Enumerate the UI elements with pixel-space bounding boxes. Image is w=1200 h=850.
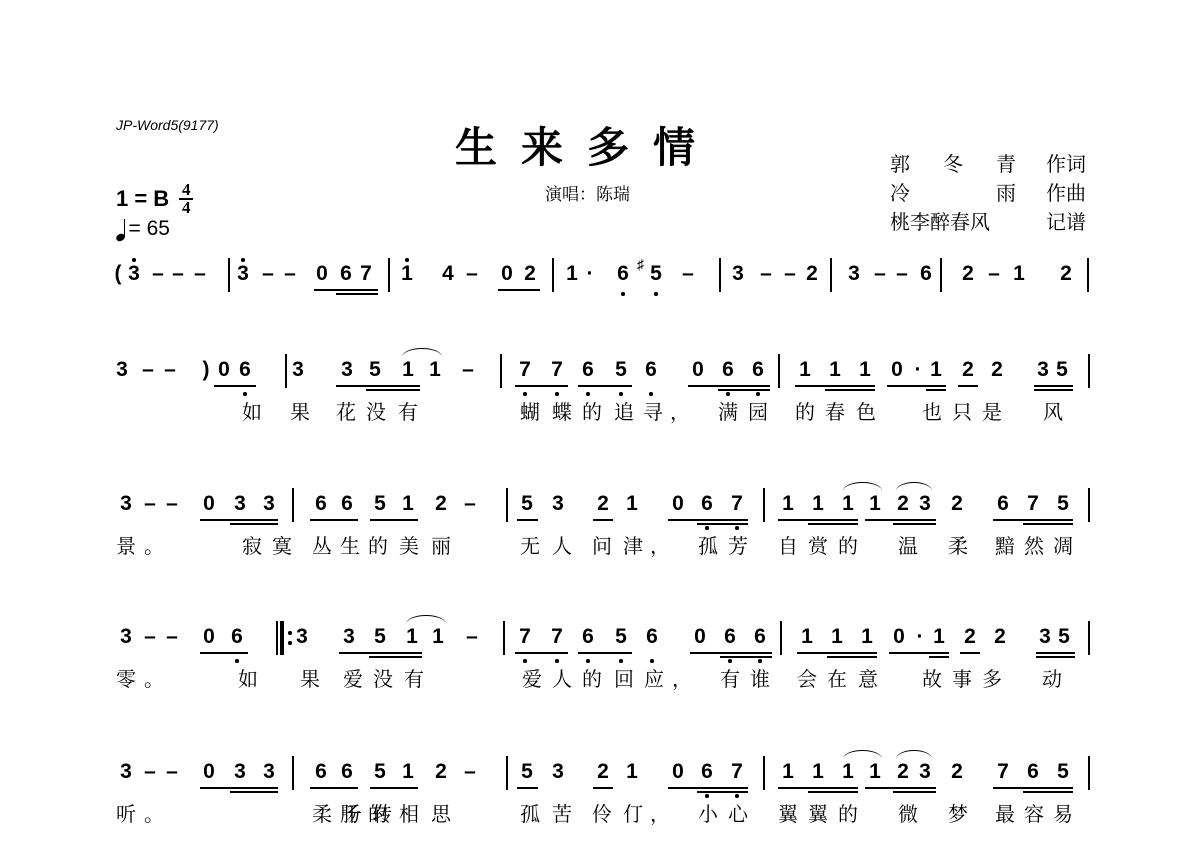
note: 3	[919, 760, 931, 784]
note: 1	[782, 492, 794, 516]
lyric: 寞	[272, 534, 292, 558]
note: 2	[951, 492, 963, 516]
lyric: 思	[431, 802, 451, 826]
note: 1	[831, 625, 843, 649]
note: 3	[128, 262, 140, 286]
note: 2	[1060, 262, 1072, 286]
lyric: 有	[720, 667, 740, 691]
lyric: 有	[404, 667, 424, 691]
note: 1	[626, 760, 638, 784]
beam-underline	[797, 652, 877, 654]
note: 6	[239, 358, 251, 382]
note: 5	[521, 760, 533, 784]
dash: –	[464, 760, 476, 784]
note: ·	[917, 625, 924, 649]
note: 1	[933, 625, 945, 649]
slur	[402, 348, 442, 357]
beam-underline	[1034, 389, 1073, 391]
lyric: 蝴	[520, 400, 540, 424]
beam-underline	[517, 519, 538, 521]
lyric: 果	[300, 667, 320, 691]
low-octave-dot	[523, 659, 527, 663]
note: 3	[234, 760, 246, 784]
dash: –	[262, 262, 274, 286]
slur	[406, 615, 446, 624]
score-line: 3––0633511–776560661110·12235零。如果爱没有爱人的回…	[110, 625, 1090, 705]
note: 1	[829, 358, 841, 382]
lyric: ，	[670, 400, 690, 424]
note: 6	[920, 262, 932, 286]
note: 7	[997, 760, 1009, 784]
lyric: 相	[399, 802, 419, 826]
dash: –	[166, 492, 178, 516]
bar-line	[285, 354, 287, 388]
low-octave-dot	[235, 659, 239, 663]
note: 3	[552, 492, 564, 516]
note: 0	[501, 262, 513, 286]
beam-underline	[314, 289, 378, 291]
note: 7	[731, 492, 743, 516]
singer-label: 演唱：陈瑞	[545, 180, 630, 205]
dash: –	[194, 262, 206, 286]
lyric: 爱	[343, 667, 363, 691]
note: 6	[341, 492, 353, 516]
note: 1	[842, 760, 854, 784]
lyric: 问	[592, 534, 612, 558]
lyric: 的	[582, 667, 602, 691]
bar-line	[503, 621, 505, 655]
note: 2	[897, 492, 909, 516]
note: 5	[374, 760, 386, 784]
lyric: 丛	[312, 534, 332, 558]
song-title: 生来多情	[455, 115, 719, 175]
score-line: 3––03366512–53210671111232675景。寂寞丛生的美丽无人…	[110, 492, 1090, 572]
note: 0	[203, 760, 215, 784]
bar-line	[506, 488, 508, 522]
key-signature: 1 = B 4 4	[116, 182, 193, 216]
score-line: 3––03366512–53210671111232765听。千转柔肠的相思孤苦…	[110, 760, 1090, 840]
beam-underline	[578, 385, 632, 387]
note: 7	[551, 358, 563, 382]
beam-underline	[336, 385, 420, 387]
bar-line	[763, 488, 765, 522]
lyric: 花	[336, 400, 356, 424]
beam-underline	[893, 523, 936, 525]
bar-line	[506, 756, 508, 790]
lyric: 丽	[431, 534, 451, 558]
bar-line	[719, 258, 721, 292]
dash: –	[896, 262, 908, 286]
time-sig-bottom: 4	[182, 200, 191, 216]
lyric: 最	[995, 802, 1015, 826]
score-line: 3––)0633511–776560661110·12235如果花没有蝴蝶的追寻…	[110, 358, 1090, 438]
lyric: 也	[922, 400, 942, 424]
beam-underline	[808, 791, 858, 793]
note: 5	[615, 358, 627, 382]
beam-underline	[887, 385, 946, 387]
lyric: 易	[1053, 802, 1073, 826]
dash: –	[284, 262, 296, 286]
low-octave-dot	[650, 659, 654, 663]
beam-underline	[889, 652, 949, 654]
beam-underline	[690, 652, 772, 654]
note: 1	[432, 625, 444, 649]
note: 1	[812, 492, 824, 516]
lyric: 生	[340, 534, 360, 558]
note: 6	[752, 358, 764, 382]
note: 1	[626, 492, 638, 516]
lyric: 美	[399, 534, 419, 558]
note: 5	[650, 262, 662, 286]
note: 2	[435, 492, 447, 516]
note: 3	[120, 760, 132, 784]
low-octave-dot	[705, 794, 709, 798]
key-label: 1 = B	[116, 186, 169, 212]
lyric: 自	[778, 534, 798, 558]
dash: –	[164, 358, 176, 382]
note: 5	[1057, 492, 1069, 516]
lyric: 故	[922, 667, 942, 691]
beam-underline	[697, 791, 748, 793]
note: ·	[915, 358, 922, 382]
low-octave-dot	[735, 794, 739, 798]
lyric: 芳	[728, 534, 748, 558]
note: 7	[519, 358, 531, 382]
beam-underline	[1023, 791, 1073, 793]
high-octave-dot	[132, 258, 136, 262]
beam-underline	[336, 293, 378, 295]
lyric: 。	[144, 667, 164, 691]
beam-underline	[668, 519, 748, 521]
lyric: 的	[368, 534, 388, 558]
beam-underline	[926, 389, 946, 391]
repeat-bar-thick	[280, 621, 284, 655]
low-octave-dot	[555, 659, 559, 663]
beam-underline	[214, 385, 256, 387]
lyric: 津	[623, 534, 643, 558]
bar-line	[292, 756, 294, 790]
low-octave-dot	[619, 392, 623, 396]
note: 2	[897, 760, 909, 784]
note: 6	[582, 358, 594, 382]
note: 1	[842, 492, 854, 516]
beam-underline	[339, 652, 422, 654]
lyric: ，	[650, 802, 670, 826]
bar-line	[1088, 354, 1090, 388]
dash: –	[144, 625, 156, 649]
lyric: 风	[1043, 400, 1063, 424]
lyric: 色	[856, 400, 876, 424]
note: 3	[237, 262, 249, 286]
low-octave-dot	[555, 392, 559, 396]
lyric: 满	[718, 400, 738, 424]
slur	[843, 482, 882, 491]
beam-underline	[200, 652, 248, 654]
beam-underline	[893, 791, 936, 793]
note: 3	[1037, 358, 1049, 382]
lyric: 只	[952, 400, 972, 424]
bar-line	[552, 258, 554, 292]
note: 6	[231, 625, 243, 649]
dash: –	[466, 625, 478, 649]
note: 2	[524, 262, 536, 286]
beam-underline	[515, 385, 568, 387]
lyric: 柔	[948, 534, 968, 558]
dash: –	[166, 625, 178, 649]
note: 2	[435, 760, 447, 784]
lyric: ，	[672, 667, 692, 691]
credit-role: 作词	[1046, 150, 1086, 179]
slur	[896, 750, 932, 759]
note: 5	[521, 492, 533, 516]
bar-line	[1088, 621, 1090, 655]
lyric: 。	[144, 534, 164, 558]
dash: –	[682, 262, 694, 286]
dash: –	[144, 760, 156, 784]
low-octave-dot	[654, 292, 658, 296]
note: 7	[360, 262, 372, 286]
beam-underline	[825, 389, 875, 391]
credit-name-char: 冷	[890, 179, 910, 208]
beam-underline	[865, 519, 936, 521]
note: 3	[919, 492, 931, 516]
lyric: 温	[898, 534, 918, 558]
note: 1	[930, 358, 942, 382]
note: 1	[801, 625, 813, 649]
note: 6	[315, 492, 327, 516]
note: 3	[292, 358, 304, 382]
bar-line	[830, 258, 832, 292]
bar-line	[1088, 488, 1090, 522]
low-octave-dot	[621, 292, 625, 296]
lyric: 零	[116, 667, 136, 691]
note: 6	[997, 492, 1009, 516]
note: 3	[120, 492, 132, 516]
low-octave-dot	[735, 526, 739, 530]
note: 0	[692, 358, 704, 382]
bar-line	[1087, 258, 1089, 292]
beam-underline	[778, 519, 858, 521]
lyric: 回	[614, 667, 634, 691]
lyric: 心	[728, 802, 748, 826]
low-octave-dot	[243, 392, 247, 396]
note: 2	[991, 358, 1003, 382]
beam-underline	[230, 791, 278, 793]
beam-underline	[578, 652, 632, 654]
note: 3	[1039, 625, 1051, 649]
lyric: 凋	[1053, 534, 1073, 558]
note: 2	[962, 262, 974, 286]
note: 3	[263, 760, 275, 784]
credit-name-char: 雨	[996, 179, 1016, 208]
note: 3	[732, 262, 744, 286]
low-octave-dot	[726, 392, 730, 396]
beam-underline	[593, 787, 613, 789]
note: 0	[694, 625, 706, 649]
lyric: 会	[797, 667, 817, 691]
note: 1	[869, 760, 881, 784]
repeat-dot	[288, 631, 292, 635]
dash: –	[466, 262, 478, 286]
bar-line	[780, 621, 782, 655]
credit-name-char: 冬	[943, 150, 963, 179]
score-line: (3–––3––06714–021·65–3––23––62–12♯	[110, 262, 1090, 342]
note: 1	[799, 358, 811, 382]
lyric: 的	[838, 802, 858, 826]
slur	[896, 482, 932, 491]
lyric: 柔	[312, 802, 332, 826]
low-octave-dot	[756, 392, 760, 396]
dash: –	[784, 262, 796, 286]
lyric: 多	[982, 667, 1002, 691]
note: 2	[597, 760, 609, 784]
note: 2	[964, 625, 976, 649]
bar-line	[763, 756, 765, 790]
bar-line	[500, 354, 502, 388]
lyric: 小	[698, 802, 718, 826]
note: 2	[597, 492, 609, 516]
lyric: 苦	[552, 802, 572, 826]
note: 5	[374, 625, 386, 649]
dash: –	[152, 262, 164, 286]
note: 6	[340, 262, 352, 286]
note: 3	[848, 262, 860, 286]
dash: –	[760, 262, 772, 286]
note: 1	[402, 760, 414, 784]
note: 1	[782, 760, 794, 784]
credit-name-char: 青	[996, 150, 1016, 179]
lyric: 没	[366, 400, 386, 424]
note: 1	[429, 358, 441, 382]
beam-underline	[827, 656, 877, 658]
beam-underline	[370, 519, 418, 521]
beam-underline	[958, 385, 978, 387]
bar-line	[228, 258, 230, 292]
lyric: 然	[1024, 534, 1044, 558]
high-octave-dot	[241, 258, 245, 262]
lyric: 景	[116, 534, 136, 558]
dash: –	[142, 358, 154, 382]
note: 0	[672, 492, 684, 516]
note: 0	[203, 492, 215, 516]
beam-underline	[366, 389, 420, 391]
beam-underline	[808, 523, 858, 525]
note: 0	[891, 358, 903, 382]
note: 5	[615, 625, 627, 649]
lyric: 。	[144, 802, 164, 826]
note: 7	[731, 760, 743, 784]
note: 2	[962, 358, 974, 382]
tempo-value: = 65	[129, 217, 170, 241]
bar-line	[1088, 756, 1090, 790]
lyric: 的	[368, 802, 388, 826]
lyric: 黯	[995, 534, 1015, 558]
credit-name-char: 郭	[890, 150, 910, 179]
low-octave-dot	[523, 392, 527, 396]
low-octave-dot	[758, 659, 762, 663]
bar-line	[292, 488, 294, 522]
lyric: 听	[116, 802, 136, 826]
note: 6	[646, 625, 658, 649]
note: 6	[582, 625, 594, 649]
lyric: 容	[1024, 802, 1044, 826]
note: 1	[869, 492, 881, 516]
slur	[843, 750, 882, 759]
note: 1	[859, 358, 871, 382]
lyric: 人	[552, 667, 572, 691]
note: 0	[316, 262, 328, 286]
note: 5	[369, 358, 381, 382]
lyric: 赏	[808, 534, 828, 558]
dash: –	[144, 492, 156, 516]
beam-underline	[200, 519, 278, 521]
note: (	[115, 262, 122, 286]
beam-underline	[929, 656, 949, 658]
note: 6	[701, 492, 713, 516]
note: 5	[374, 492, 386, 516]
beam-underline	[200, 787, 278, 789]
note: 6	[617, 262, 629, 286]
beam-underline	[697, 523, 748, 525]
note: 6	[315, 760, 327, 784]
lyric: 谁	[750, 667, 770, 691]
beam-underline	[310, 519, 358, 521]
lyric: 蝶	[552, 400, 572, 424]
beam-underline	[498, 289, 540, 291]
note: 3	[263, 492, 275, 516]
credits: 郭冬青 作词 冷雨 作曲 桃李醉春风 记谱	[890, 150, 1086, 237]
beam-underline	[865, 787, 936, 789]
note: 3	[296, 625, 308, 649]
dash: –	[988, 262, 1000, 286]
dash: –	[874, 262, 886, 286]
note: 3	[120, 625, 132, 649]
lyric: 事	[952, 667, 972, 691]
note: ·	[587, 262, 594, 286]
low-octave-dot	[705, 526, 709, 530]
time-signature: 4 4	[179, 182, 193, 216]
beam-underline	[688, 385, 770, 387]
low-octave-dot	[649, 392, 653, 396]
credit-role: 记谱	[1046, 208, 1086, 237]
sharp-icon: ♯	[637, 256, 644, 272]
low-octave-dot	[586, 659, 590, 663]
note: 1	[401, 262, 413, 286]
lyric: 有	[398, 400, 418, 424]
beam-underline	[593, 519, 613, 521]
dash: –	[462, 358, 474, 382]
credit-composer: 冷雨 作曲	[890, 179, 1086, 208]
lyric: 爱	[522, 667, 542, 691]
note: 6	[701, 760, 713, 784]
low-octave-dot	[728, 659, 732, 663]
credit-lyricist: 郭冬青 作词	[890, 150, 1086, 179]
note: 7	[1027, 492, 1039, 516]
beam-underline	[1034, 385, 1073, 387]
high-octave-dot	[405, 258, 409, 262]
note: 6	[341, 760, 353, 784]
beam-underline	[370, 787, 418, 789]
lyric: 果	[290, 400, 310, 424]
lyric: 翼	[778, 802, 798, 826]
note: 3	[234, 492, 246, 516]
lyric: 如	[242, 400, 262, 424]
lyric: 的	[582, 400, 602, 424]
lyric: 仃	[623, 802, 643, 826]
lyric: 在	[827, 667, 847, 691]
note: 1	[402, 492, 414, 516]
note: 0	[203, 625, 215, 649]
